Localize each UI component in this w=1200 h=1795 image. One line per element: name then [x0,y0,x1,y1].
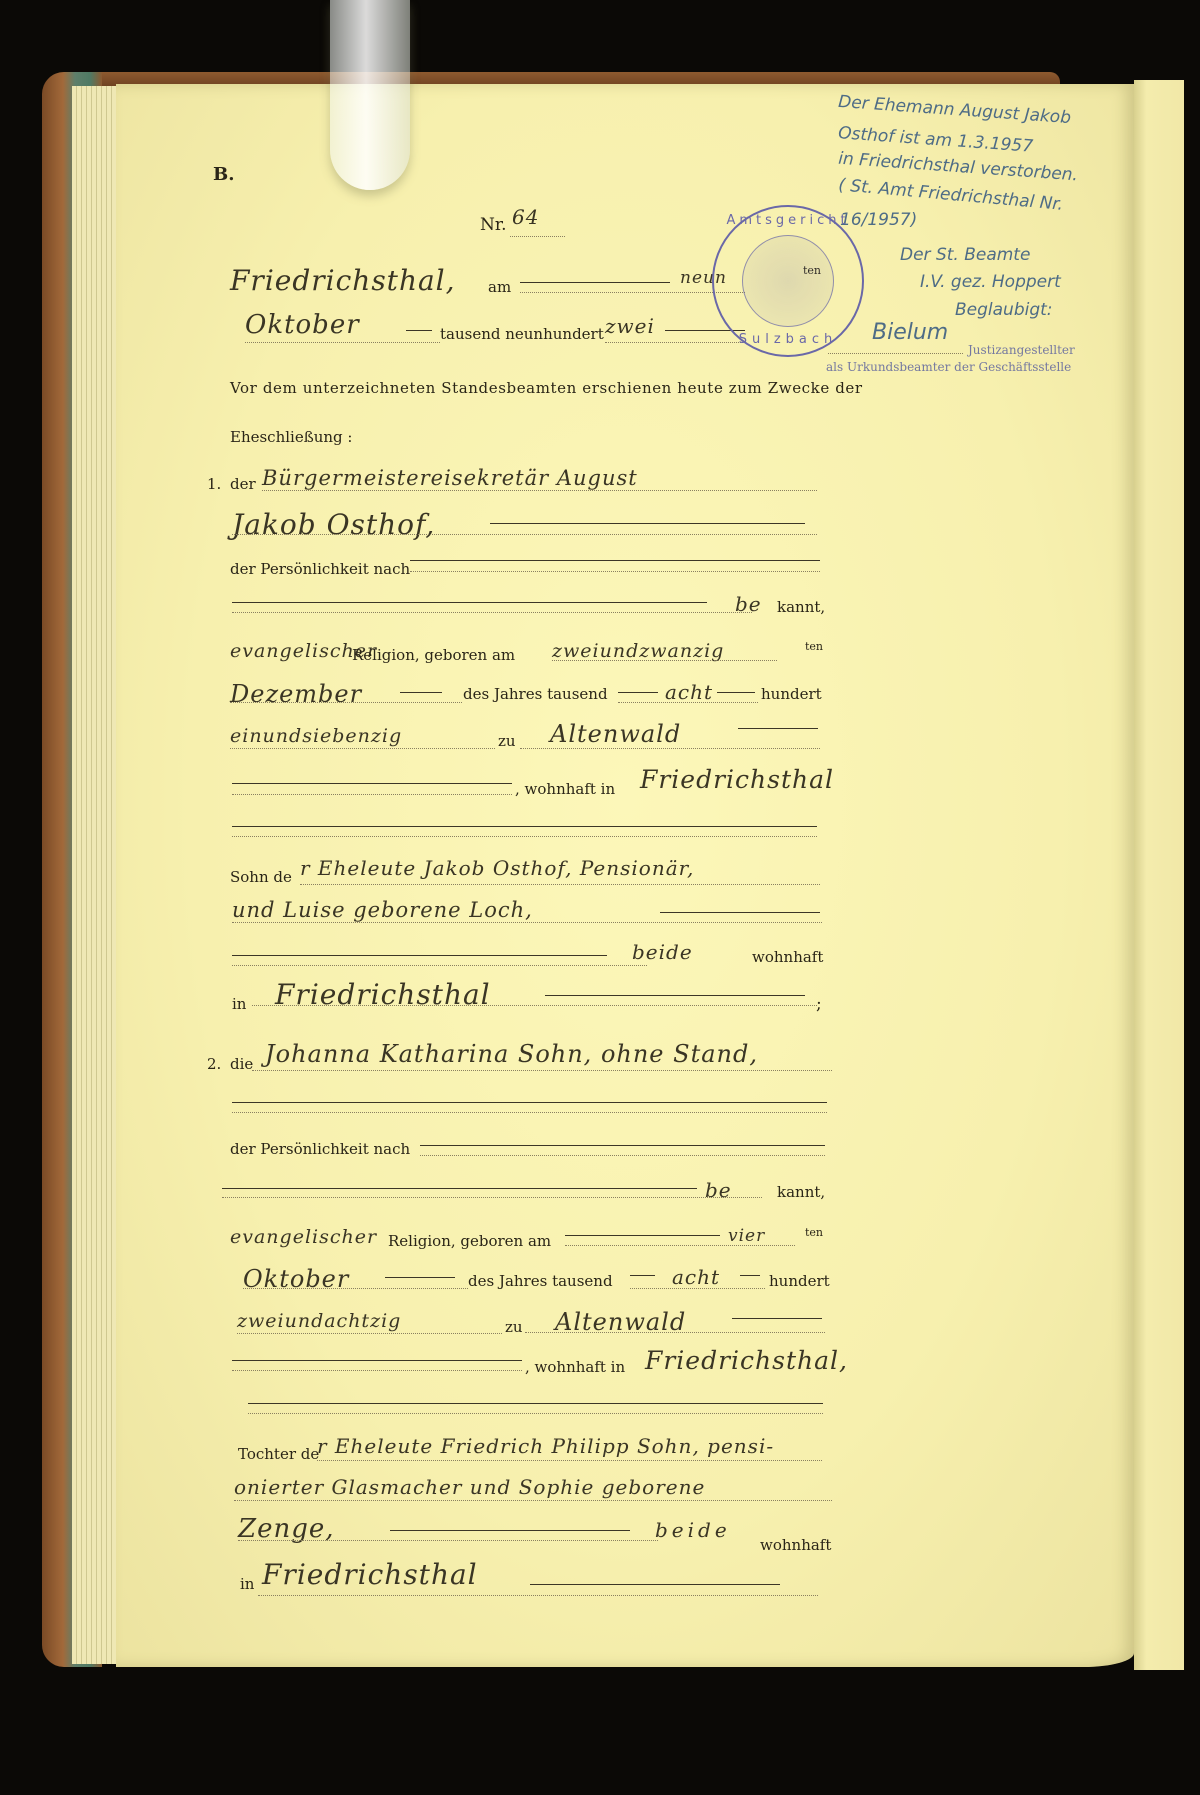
bride-residence-label: , wohnhaft in [525,1358,625,1376]
bride-identity-label: der Persönlichkeit nach [230,1140,410,1158]
fill-line [630,1275,655,1276]
fill-line [385,1277,455,1278]
groom-identity-label: der Persönlichkeit nach [230,560,410,578]
groom-parents-label: Sohn de [230,868,292,886]
groom-hundert-label: hundert [761,685,822,703]
fill-line [232,826,817,827]
groom-parents-in-label: in [232,995,246,1013]
bride-parents-in-label: in [240,1575,254,1593]
fill-line [406,330,432,331]
fill-line [420,1145,825,1146]
fill-line [222,1188,697,1189]
bride-birth-year: zweiundachtzig [237,1310,401,1332]
year-label: tausend neunhundert [440,325,604,343]
bride-birth-day: vier [728,1226,765,1246]
groom-parents-both: beide [632,940,693,964]
groom-parents-line-1: r Eheleute Jakob Osthof, Pensionär, [300,856,694,880]
bride-parents-both: beide [655,1518,731,1542]
dotted-guide [230,702,462,703]
dotted-guide [232,1370,522,1371]
page-edges [72,86,116,1664]
dotted-guide [232,922,822,923]
fill-line [248,1403,823,1404]
groom-occupation-name: Bürgermeistereisekretär August [262,466,638,490]
dotted-guide [232,836,817,837]
dotted-guide [262,490,817,491]
marriage-month: Oktober [245,310,360,340]
groom-birth-month: Dezember [230,680,362,708]
fill-line [732,1318,822,1319]
bride-birth-century: acht [672,1265,720,1289]
fill-line [390,1530,630,1531]
dotted-guide [245,342,440,343]
fill-line [565,1235,720,1236]
place: Friedrichsthal, [230,264,456,297]
intro-line-1: Vor dem unterzeichneten Standesbeamten e… [230,379,863,397]
fill-line [738,728,818,729]
dotted-guide [525,1332,825,1333]
bride-birth-year-label: des Jahres tausend [468,1272,613,1290]
section-letter: B. [213,164,234,185]
seal-top-text: Amtsgericht [714,213,862,228]
fill-line [618,692,658,693]
bride-birth-place-label: zu [505,1318,523,1336]
clerk-subtitle: als Urkundsbeamter der Geschäftsstelle [826,360,1071,374]
groom-birth-year-label: des Jahres tausend [463,685,608,703]
dotted-guide [520,292,745,293]
page-clip [330,0,410,190]
dotted-guide [232,534,817,535]
signature-line-2: I.V. gez. Hoppert [920,272,1061,292]
dotted-guide [618,702,758,703]
dotted-guide [234,1500,832,1501]
clerk-signature: Bielum [872,320,948,345]
fill-line [232,955,607,956]
groom-birth-year: einundsiebenzig [230,725,402,747]
dotted-guide [317,1460,822,1461]
dotted-guide [232,1112,827,1113]
dotted-guide [300,884,820,885]
bride-name: Johanna Katharina Sohn, ohne Stand, [265,1040,758,1068]
fill-line [410,560,820,561]
fill-line [545,995,805,996]
dotted-guide [510,236,565,237]
seal-bottom-text: Sulzbach [714,332,862,347]
groom-parents-residence: Friedrichsthal [275,978,491,1011]
groom-article: der [230,475,256,493]
court-seal: Amtsgericht Sulzbach [712,205,864,357]
dotted-guide [232,965,647,966]
next-page-edge [1134,80,1184,1670]
groom-known-suffix: kannt, [777,598,825,616]
dotted-guide [248,1413,823,1414]
signature-line-3: Beglaubigt: [955,300,1053,320]
signature-line-1: Der St. Beamte [900,245,1030,265]
fill-line [660,912,820,913]
groom-number: 1. [207,475,221,493]
bride-parents-line-2: onierter Glasmacher und Sophie geborene [234,1475,705,1499]
bride-hundert-label: hundert [769,1272,830,1290]
dotted-guide [232,612,752,613]
dotted-guide [252,1005,817,1006]
groom-terminator: ; [816,994,822,1014]
dotted-guide [230,748,495,749]
groom-birth-day-suffix: ten [805,640,823,653]
bride-religion: evangelischer [230,1226,377,1248]
groom-birth-place-label: zu [498,732,516,750]
groom-parents-line-2: und Luise geborene Loch, [232,898,533,922]
bride-parents-line-1: r Eheleute Friedrich Philipp Sohn, pensi… [317,1434,774,1458]
groom-name: Jakob Osthof, [232,508,435,541]
bride-birth-day-suffix: ten [805,1226,823,1239]
bride-residence: Friedrichsthal, [645,1346,848,1375]
dotted-guide [243,1288,468,1289]
bride-known: be [705,1178,732,1202]
groom-parents-residence-label: wohnhaft [752,948,823,966]
bride-parents-residence-label: wohnhaft [760,1536,831,1554]
entry-number-label: Nr. [480,215,507,235]
groom-birth-place: Altenwald [550,720,681,748]
bride-number: 2. [207,1055,221,1073]
fill-line [400,692,442,693]
fill-line [232,1360,522,1361]
clerk-title: Justizangestellter [968,343,1075,357]
bride-article: die [230,1055,253,1073]
groom-birth-day: zweiundzwanzig [552,640,724,662]
groom-religion-label: Religion, geboren am [352,646,515,664]
dotted-guide [222,1197,762,1198]
dotted-guide [258,1595,818,1596]
fill-line [530,1584,780,1585]
bride-known-suffix: kannt, [777,1183,825,1201]
dotted-guide [252,1070,832,1071]
entry-number: 64 [512,205,539,229]
groom-known: be [735,592,762,616]
dotted-guide [410,571,820,572]
fill-line [232,1102,827,1103]
dotted-guide [520,748,820,749]
fill-line [740,1275,760,1276]
fill-line [490,523,805,524]
dotted-guide [552,660,777,661]
groom-birth-century: acht [665,680,713,704]
dotted-guide [237,1333,502,1334]
bride-parents-label: Tochter de [238,1445,319,1463]
bride-parents-residence: Friedrichsthal [262,1558,478,1591]
groom-residence: Friedrichsthal [640,765,834,794]
dotted-guide [630,1288,765,1289]
bride-religion-label: Religion, geboren am [388,1232,551,1250]
dotted-guide [238,1540,658,1541]
dotted-guide [232,794,512,795]
marriage-year: zwei [605,314,655,338]
intro-line-2: Eheschließung : [230,428,352,446]
fill-line [232,602,707,603]
dotted-guide [828,353,963,354]
seal-emblem [742,235,834,327]
dotted-guide [565,1245,795,1246]
fill-line [520,282,670,283]
fill-line [717,692,755,693]
date-am-label: am [488,278,511,296]
dotted-guide [420,1155,825,1156]
fill-line [232,783,512,784]
groom-residence-label: , wohnhaft in [515,780,615,798]
